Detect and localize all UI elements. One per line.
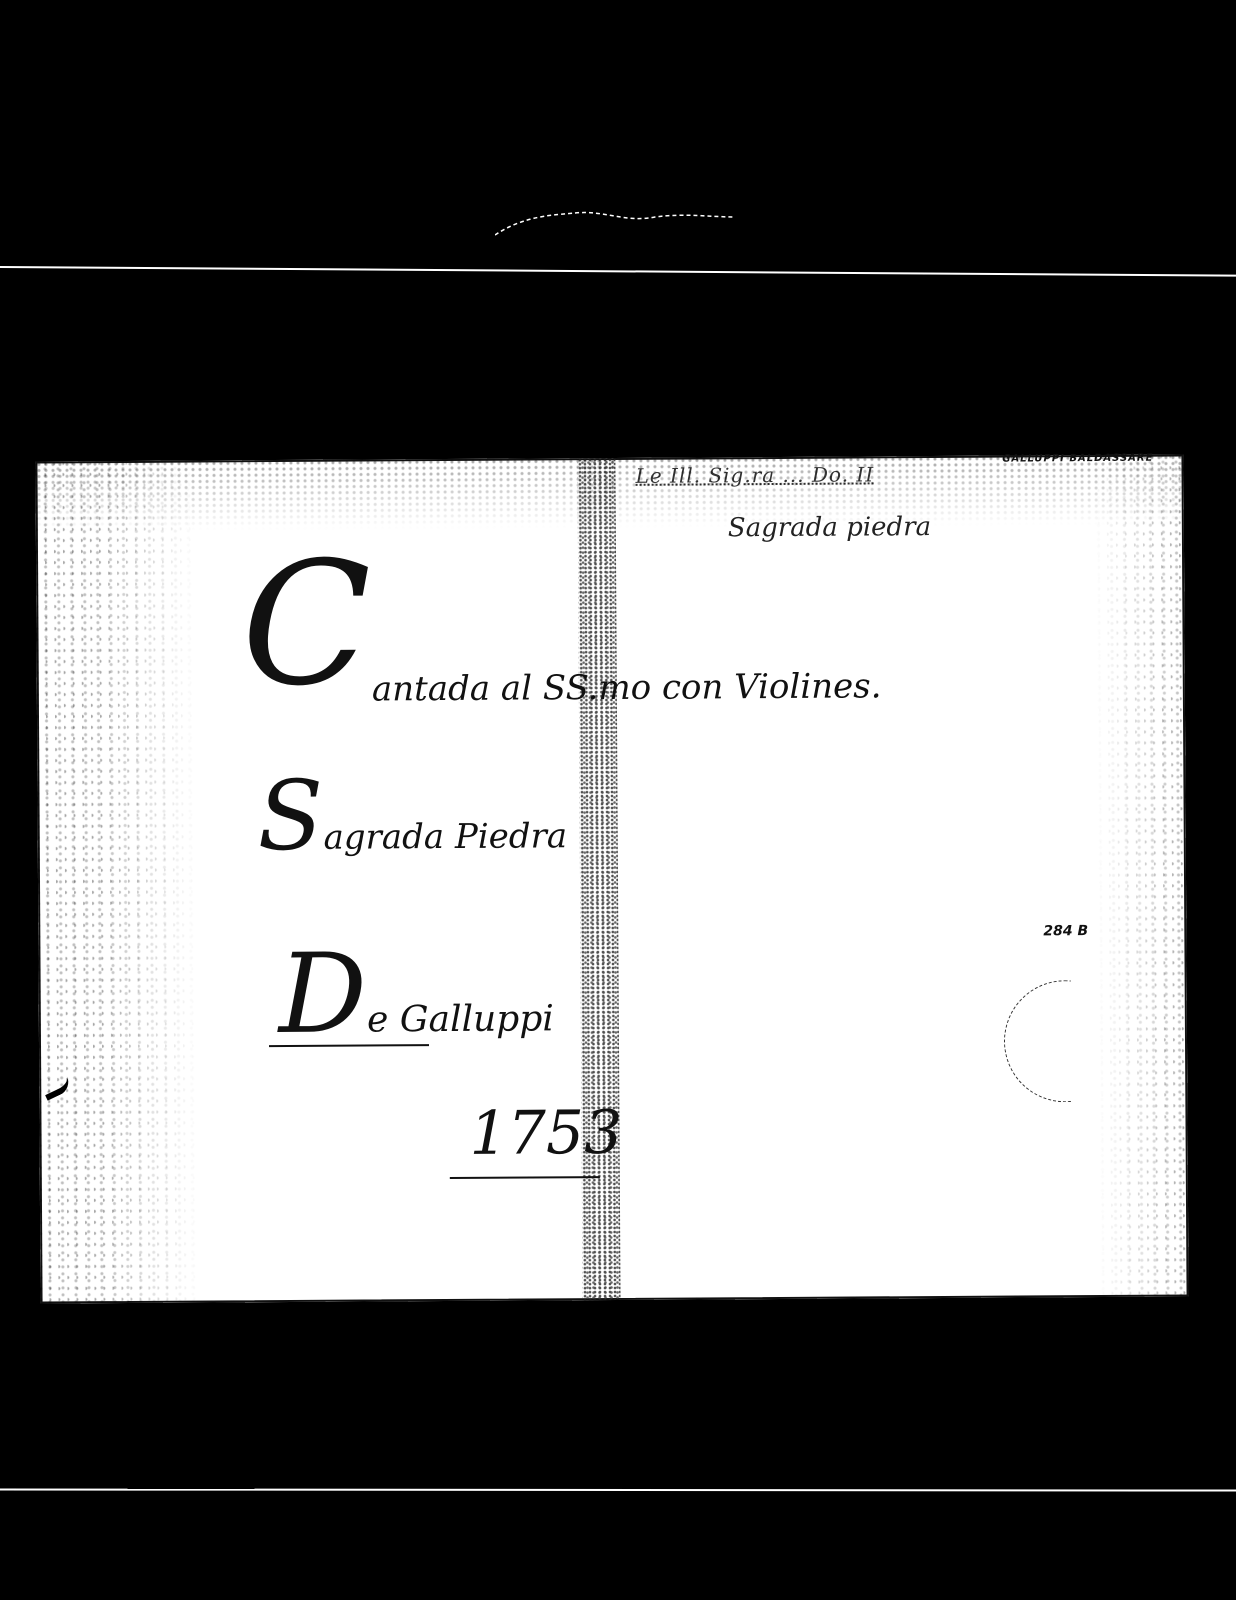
title: Cantada al SS.mo con Violines. — [241, 536, 882, 710]
year: 1753 — [469, 1098, 622, 1169]
ink-mark — [42, 1076, 73, 1101]
subtitle-initial: S — [257, 760, 323, 872]
year-underline — [450, 1176, 600, 1179]
scan-line-bottom — [0, 1488, 1236, 1491]
shelfmark: 284 B — [1043, 923, 1088, 939]
subtitle: Sagrada Piedra — [257, 758, 567, 872]
composer-initial: D — [278, 930, 367, 1059]
manuscript-page: GALLUPPI BALDASSARE Le Ill. Sig.ra ... D… — [35, 455, 1188, 1304]
library-stamp — [1004, 980, 1127, 1103]
catalog-label: GALLUPPI BALDASSARE — [1002, 453, 1153, 465]
composer: De Galluppi — [278, 928, 554, 1058]
title-initial: C — [241, 525, 372, 724]
top-annotation: Le Ill. Sig.ra ... Do. II — [635, 462, 874, 487]
scan-line-top — [0, 266, 1236, 277]
subtitle-text: agrada Piedra — [323, 816, 567, 857]
title-text: antada al SS.mo con Violines. — [372, 666, 882, 709]
composer-text: e Galluppi — [367, 998, 554, 1040]
scan-artifact-curve — [495, 205, 735, 245]
